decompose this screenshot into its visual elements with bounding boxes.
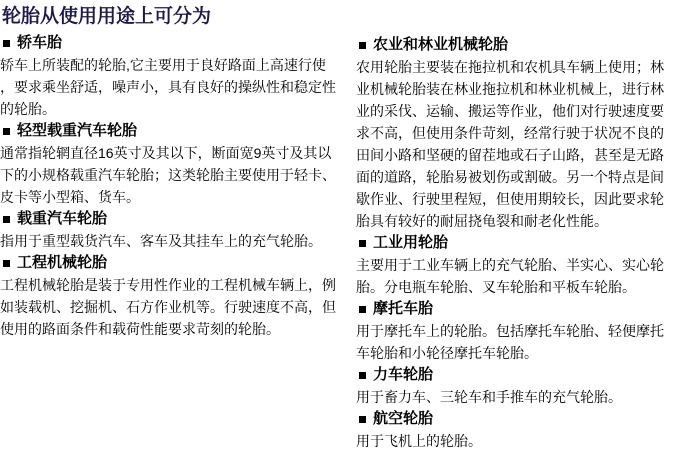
section-heading: 工程机械轮胎 [0,252,338,274]
section-body: 指用于重型载货汽车、客车及其挂车上的充气轮胎。 [0,230,338,252]
section-heading: 工业用轮胎 [356,232,674,254]
section-title: 航空轮胎 [373,408,433,430]
bullet-square-icon [3,260,10,267]
left-column: 轿车胎 轿车上所装配的轮胎,它主要用于良好路面上高速行使，要求乘坐舒适，噪声小，… [0,32,338,340]
section-heading: 轻型载重汽车轮胎 [0,120,338,142]
section-passenger-car-tire: 轿车胎 轿车上所装配的轮胎,它主要用于良好路面上高速行使，要求乘坐舒适，噪声小，… [0,32,338,120]
section-title: 轿车胎 [17,32,62,54]
bullet-square-icon [359,416,366,423]
section-cart-tire: 力车轮胎 用于畜力车、三轮车和手推车的充气轮胎。 [356,364,674,408]
bullet-square-icon [359,306,366,313]
section-title: 力车轮胎 [373,364,433,386]
section-body: 用于摩托车上的轮胎。包括摩托车轮胎、轻便摩托车轮胎和小轮径摩托车轮胎。 [356,320,674,364]
section-body: 用于飞机上的轮胎。 [356,430,674,452]
section-heading: 轿车胎 [0,32,338,54]
bullet-square-icon [3,216,10,223]
section-engineering-machinery-tire: 工程机械轮胎 工程机械轮胎是装于专用性作业的工程机械车辆上，例如装载机、挖掘机、… [0,252,338,340]
section-industrial-tire: 工业用轮胎 主要用于工业车辆上的充气轮胎、半实心、实心轮胎。分电瓶车轮胎、叉车轮… [356,232,674,298]
section-body: 工程机械轮胎是装于专用性作业的工程机械车辆上，例如装载机、挖掘机、石方作业机等。… [0,274,338,340]
section-body: 轿车上所装配的轮胎,它主要用于良好路面上高速行使，要求乘坐舒适，噪声小，具有良好… [0,54,338,120]
section-title: 载重汽车轮胎 [17,208,107,230]
section-title: 轻型载重汽车轮胎 [17,120,137,142]
section-title: 工程机械轮胎 [17,252,107,274]
section-title: 工业用轮胎 [373,232,448,254]
section-aviation-tire: 航空轮胎 用于飞机上的轮胎。 [356,408,674,452]
section-truck-tire: 载重汽车轮胎 指用于重型载货汽车、客车及其挂车上的充气轮胎。 [0,208,338,252]
section-title: 农业和林业机械轮胎 [373,34,508,56]
bullet-square-icon [3,128,10,135]
section-light-truck-tire: 轻型载重汽车轮胎 通常指轮辋直径16英寸及其以下，断面宽9英寸及其以下的小规格载… [0,120,338,208]
section-body: 通常指轮辋直径16英寸及其以下，断面宽9英寸及其以下的小规格载重汽车轮胎；这类轮… [0,142,338,208]
section-heading: 航空轮胎 [356,408,674,430]
section-body: 主要用于工业车辆上的充气轮胎、半实心、实心轮胎。分电瓶车轮胎、叉车轮胎和平板车轮… [356,254,674,298]
document-page: 轮胎从使用用途上可分为 轿车胎 轿车上所装配的轮胎,它主要用于良好路面上高速行使… [0,0,675,456]
section-agriculture-forestry-tire: 农业和林业机械轮胎 农用轮胎主要装在拖拉机和农机具车辆上使用；林业机械轮胎装在林… [356,34,674,232]
bullet-square-icon [359,42,366,49]
section-heading: 力车轮胎 [356,364,674,386]
bullet-square-icon [3,40,10,47]
section-title: 摩托车胎 [373,298,433,320]
section-heading: 摩托车胎 [356,298,674,320]
section-heading: 农业和林业机械轮胎 [356,34,674,56]
bullet-square-icon [359,372,366,379]
section-heading: 载重汽车轮胎 [0,208,338,230]
page-title: 轮胎从使用用途上可分为 [2,3,211,30]
section-motorcycle-tire: 摩托车胎 用于摩托车上的轮胎。包括摩托车轮胎、轻便摩托车轮胎和小轮径摩托车轮胎。 [356,298,674,364]
section-body: 用于畜力车、三轮车和手推车的充气轮胎。 [356,386,674,408]
right-column: 农业和林业机械轮胎 农用轮胎主要装在拖拉机和农机具车辆上使用；林业机械轮胎装在林… [356,34,674,452]
section-body: 农用轮胎主要装在拖拉机和农机具车辆上使用；林业机械轮胎装在林业拖拉机和林业机械上… [356,56,674,232]
bullet-square-icon [359,240,366,247]
